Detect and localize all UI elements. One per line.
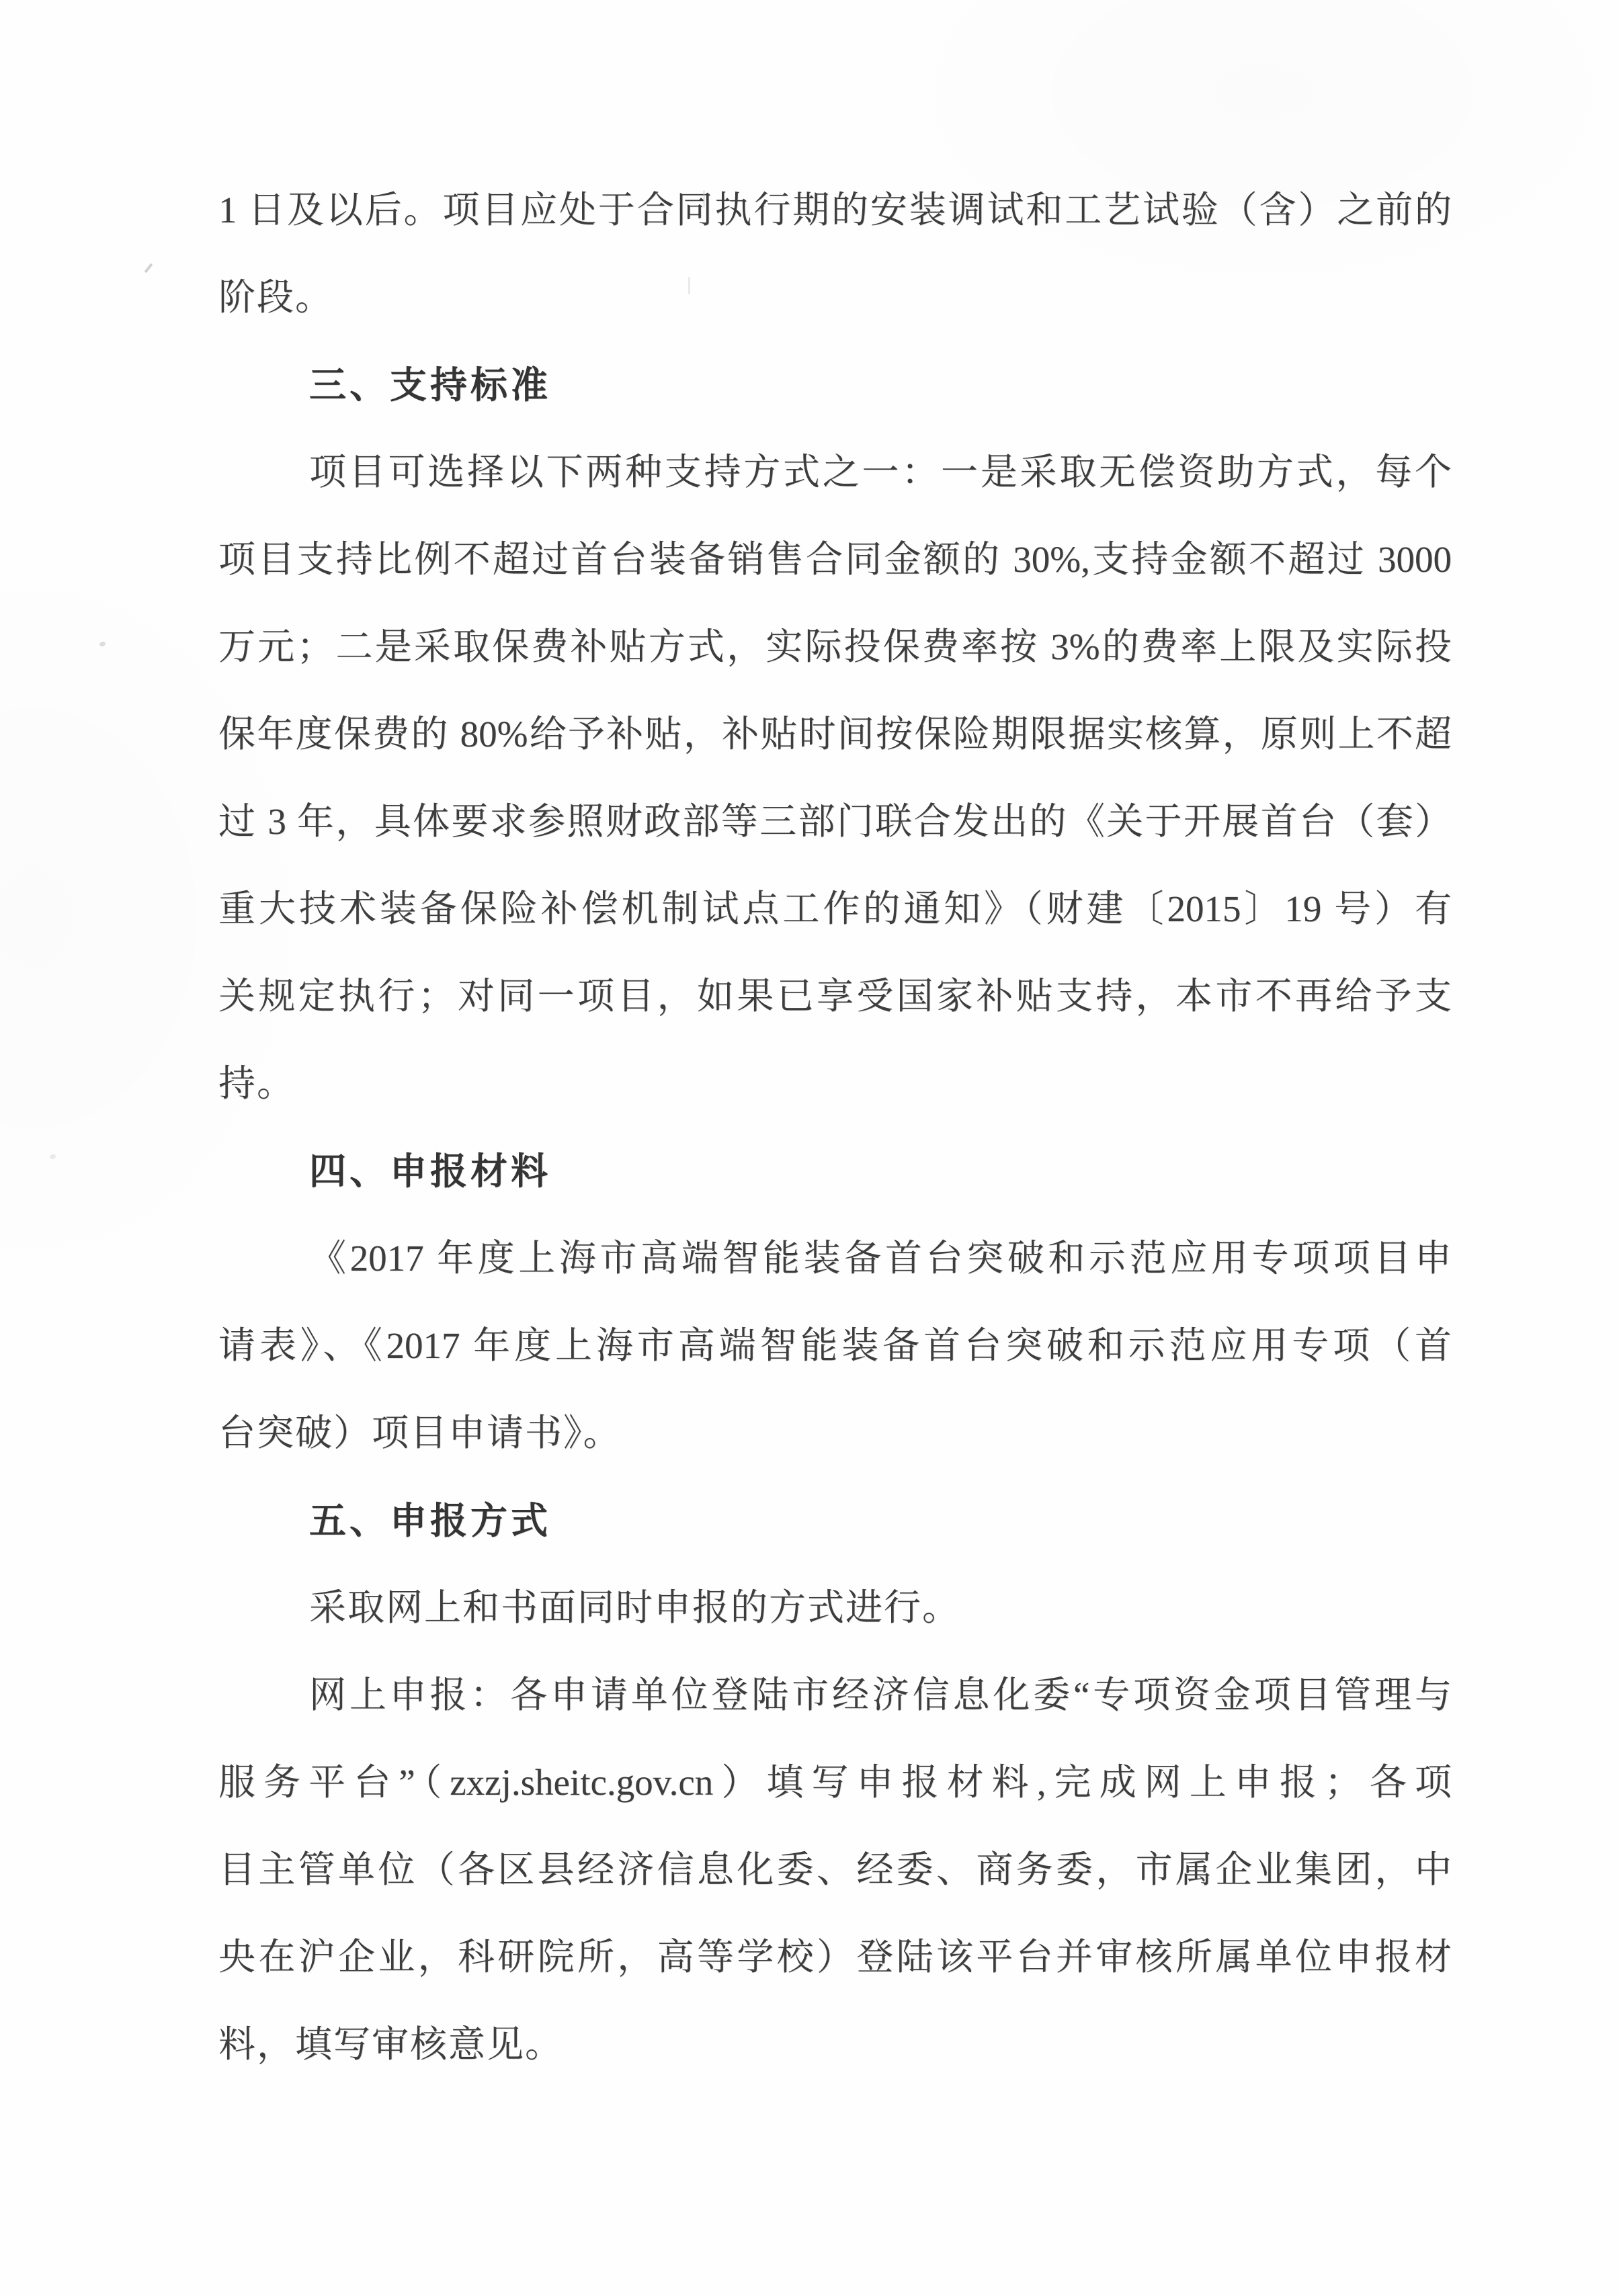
- document-line: 目主管单位（各区县经济信息化委、经委、商务委，市属企业集团，中: [218, 1826, 1452, 1914]
- document-line: 服务平台”（zxzj.sheitc.gov.cn）填写申报材料,完成网上申报；各…: [218, 1739, 1452, 1826]
- document-line: 网上申报：各申请单位登陆市经济信息化委“专项资金项目管理与: [218, 1652, 1452, 1739]
- document-line: 重大技术装备保险补偿机制试点工作的通知》（财建〔2015〕19 号）有: [218, 865, 1452, 953]
- document-text-block: 1 日及以后。项目应处于合同执行期的安装调试和工艺试验（含）之前的阶段。三、支持…: [218, 167, 1452, 2088]
- document-page: 1 日及以后。项目应处于合同执行期的安装调试和工艺试验（含）之前的阶段。三、支持…: [0, 0, 1619, 2296]
- section-heading: 五、申报方式: [218, 1477, 1452, 1564]
- document-line: 采取网上和书面同时申报的方式进行。: [218, 1564, 1452, 1652]
- scan-artifact: [144, 263, 153, 273]
- document-line: 台突破）项目申请书》。: [218, 1390, 1452, 1477]
- document-line: 料，填写审核意见。: [218, 2001, 1452, 2088]
- document-line: 项目支持比例不超过首台装备销售合同金额的 30%,支持金额不超过 3000: [218, 516, 1452, 603]
- scan-artifact: [49, 1154, 56, 1160]
- section-heading: 四、申报材料: [218, 1128, 1452, 1215]
- document-line: 项目可选择以下两种支持方式之一：一是采取无偿资助方式，每个: [218, 429, 1452, 516]
- document-line: 万元；二是采取保费补贴方式，实际投保费率按 3%的费率上限及实际投: [218, 603, 1452, 691]
- document-line: 阶段。: [218, 254, 1452, 341]
- document-line: 1 日及以后。项目应处于合同执行期的安装调试和工艺试验（含）之前的: [218, 167, 1452, 254]
- scan-artifact: [99, 641, 106, 648]
- document-line: 保年度保费的 80%给予补贴，补贴时间按保险期限据实核算，原则上不超: [218, 691, 1452, 778]
- document-line: 持。: [218, 1040, 1452, 1128]
- document-line: 《2017 年度上海市高端智能装备首台突破和示范应用专项项目申: [218, 1215, 1452, 1302]
- document-line: 关规定执行；对同一项目，如果已享受国家补贴支持，本市不再给予支: [218, 953, 1452, 1040]
- document-line: 央在沪企业，科研院所，高等学校）登陆该平台并审核所属单位申报材: [218, 1914, 1452, 2001]
- section-heading: 三、支持标准: [218, 341, 1452, 429]
- document-line: 请表》、《2017 年度上海市高端智能装备首台突破和示范应用专项（首: [218, 1302, 1452, 1390]
- document-line: 过 3 年，具体要求参照财政部等三部门联合发出的《关于开展首台（套）: [218, 778, 1452, 865]
